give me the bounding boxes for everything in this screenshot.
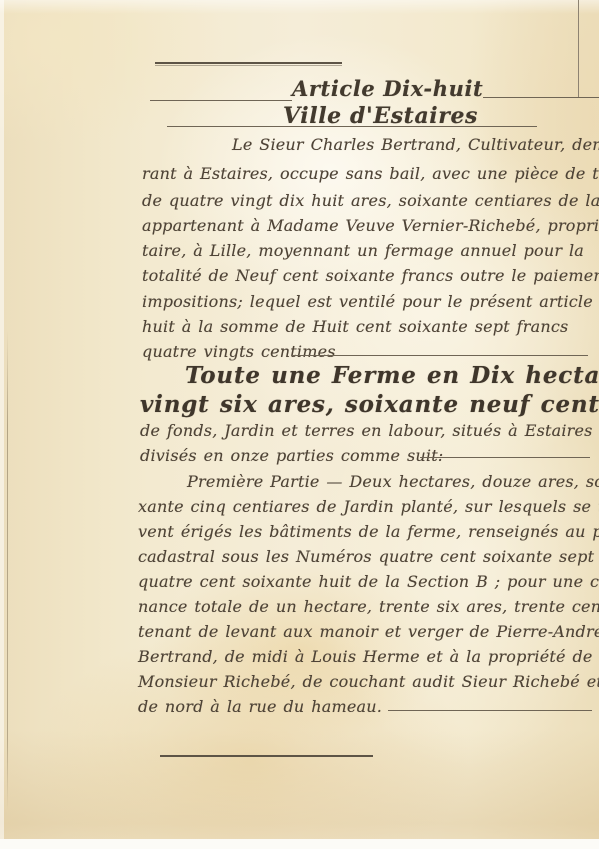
top-rule bbox=[155, 62, 342, 64]
text-line: divisés en onze parties comme suit: bbox=[140, 446, 443, 465]
text-line: tenant de levant aux manoir et verger de… bbox=[138, 622, 599, 641]
margin-vertical-line bbox=[578, 0, 579, 97]
text-line: vent érigés les bâtiments de la ferme, r… bbox=[138, 522, 599, 541]
text-line: impositions; lequel est ventilé pour le … bbox=[142, 292, 599, 311]
text-line: taire, à Lille, moyennant un fermage ann… bbox=[142, 241, 584, 260]
text-line: cadastral sous les Numéros quatre cent s… bbox=[138, 547, 599, 566]
text-line: Bertrand, de midi à Louis Herme et à la … bbox=[138, 647, 593, 666]
summary-heading-line: vingt six ares, soixante neuf centiares bbox=[140, 391, 599, 418]
text-line: totalité de Neuf cent soixante francs ou… bbox=[142, 266, 599, 285]
text-line: appartenant à Madame Veuve Vernier-Riche… bbox=[142, 216, 599, 235]
text-line: nance totale de un hectare, trente six a… bbox=[138, 597, 599, 616]
article-title-rule-left bbox=[150, 100, 292, 101]
text-line: de quatre vingt dix huit ares, soixante … bbox=[142, 191, 599, 210]
text-line: quatre vingts centimes bbox=[142, 342, 336, 361]
article-title-rule-right bbox=[483, 97, 599, 98]
paragraph2-end-rule bbox=[388, 710, 592, 711]
bottom-rule bbox=[160, 755, 373, 757]
text-line: xante cinq centiares de Jardin planté, s… bbox=[138, 497, 599, 516]
manuscript-page: Article Dix-huit Ville d'Estaires Le Sie… bbox=[0, 0, 599, 849]
summary-heading-line: Toute une Ferme en Dix hectares, bbox=[185, 362, 599, 389]
text-line: de fonds, Jardin et terres en labour, si… bbox=[140, 421, 599, 440]
text-line: quatre cent soixante huit de la Section … bbox=[138, 572, 599, 591]
text-line: rant à Estaires, occupe sans bail, avec … bbox=[142, 164, 599, 183]
top-rule-shadow bbox=[155, 65, 342, 66]
page-fold-line bbox=[7, 330, 8, 810]
text-line: Première Partie — Deux hectares, douze a… bbox=[187, 472, 599, 491]
city-title-underline bbox=[167, 126, 537, 127]
scan-left-edge bbox=[0, 0, 4, 849]
scan-bottom-edge bbox=[0, 839, 599, 849]
text-line: Le Sieur Charles Bertrand, Cultivateur, … bbox=[232, 135, 599, 154]
text-line: de nord à la rue du hameau. bbox=[138, 697, 382, 716]
text-line: Monsieur Richebé, de couchant audit Sieu… bbox=[138, 672, 599, 691]
text-line: huit à la somme de Huit cent soixante se… bbox=[142, 317, 568, 336]
article-title: Article Dix-huit bbox=[292, 76, 483, 101]
summary-end-rule bbox=[420, 457, 590, 458]
paragraph1-end-rule bbox=[292, 355, 588, 356]
